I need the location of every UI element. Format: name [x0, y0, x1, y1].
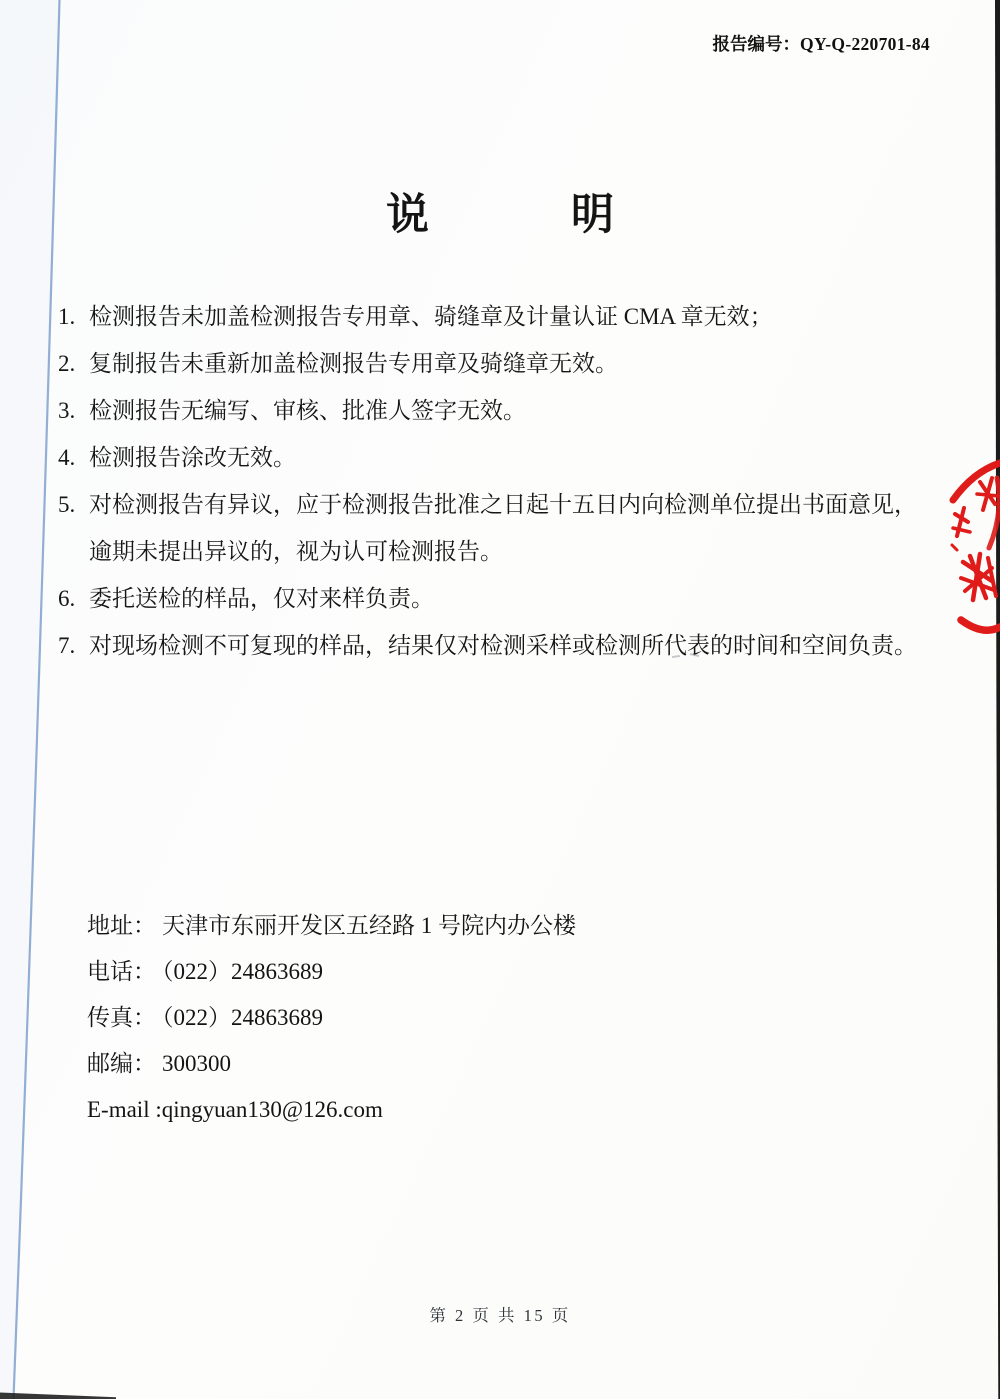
address-label: 地址： [87, 913, 156, 938]
fax-label: 传真： [87, 1005, 156, 1030]
address-value: 天津市东丽开发区五经路 1 号院内办公楼 [162, 913, 576, 938]
phone-label: 电话： [87, 959, 156, 984]
notice-number: 3. [58, 387, 89, 434]
report-number-label: 报告编号： [713, 34, 801, 54]
stamp-character-fragment [961, 554, 996, 600]
notice-text: 复制报告未重新加盖检测报告专用章及骑缝章无效。 [89, 340, 926, 387]
notice-number: 7. [58, 622, 89, 669]
red-seal-stamp [952, 463, 1000, 630]
notice-text: 委托送检的样品，仅对来样负责。 [89, 575, 926, 622]
report-number-value: QY-Q-220701-84 [800, 34, 930, 54]
phone-value: （022）24863689 [162, 959, 323, 984]
report-number: 报告编号：QY-Q-220701-84 [713, 31, 930, 56]
notice-number: 4. [58, 434, 89, 481]
zip-label: 邮编： [87, 1051, 156, 1076]
zip-value: 300300 [162, 1051, 231, 1076]
notice-item: 3. 检测报告无编写、审核、批准人签字无效。 [58, 387, 926, 434]
scanned-report-page: 报告编号：QY-Q-220701-84 说明 1. 检测报告未加盖检测报告专用章… [0, 0, 1000, 1399]
notice-number: 5. [58, 481, 89, 528]
notice-list: 1. 检测报告未加盖检测报告专用章、骑缝章及计量认证 CMA 章无效； 2. 复… [58, 293, 926, 669]
notice-text: 检测报告涂改无效。 [89, 434, 926, 481]
notice-text: 检测报告未加盖检测报告专用章、骑缝章及计量认证 CMA 章无效； [89, 293, 926, 340]
page-indicator: 第 2 页 共 15 页 [0, 1302, 1000, 1326]
notice-text: 检测报告无编写、审核、批准人签字无效。 [89, 387, 926, 434]
contact-phone: 电话：（022）24863689 [87, 949, 576, 995]
contact-email: E-mail :qingyuan130@126.com [87, 1087, 576, 1133]
notice-text: 对检测报告有异议，应于检测报告批准之日起十五日内向检测单位提出书面意见，逾期未提… [89, 481, 926, 575]
notice-item: 7. 对现场检测不可复现的样品，结果仅对检测采样或检测所代表的时间和空间负责。 [58, 622, 926, 669]
notice-item: 1. 检测报告未加盖检测报告专用章、骑缝章及计量认证 CMA 章无效； [58, 293, 926, 340]
contact-zip: 邮编：300300 [87, 1041, 576, 1087]
notice-item: 5. 对检测报告有异议，应于检测报告批准之日起十五日内向检测单位提出书面意见，逾… [58, 481, 926, 575]
contact-fax: 传真：（022）24863689 [87, 995, 576, 1041]
notice-number: 6. [58, 575, 89, 622]
email-label: E-mail : [87, 1097, 162, 1122]
email-value: qingyuan130@126.com [162, 1097, 383, 1122]
notice-number: 2. [58, 340, 89, 387]
notice-item: 2. 复制报告未重新加盖检测报告专用章及骑缝章无效。 [58, 340, 926, 387]
page-title: 说明 [0, 181, 1000, 242]
notice-item: 4. 检测报告涂改无效。 [58, 434, 926, 481]
contact-address: 地址：天津市东丽开发区五经路 1 号院内办公楼 [87, 903, 576, 949]
notice-text: 对现场检测不可复现的样品，结果仅对检测采样或检测所代表的时间和空间负责。 [89, 622, 926, 669]
notice-item: 6. 委托送检的样品，仅对来样负责。 [58, 575, 926, 622]
notice-number: 1. [58, 293, 89, 340]
bottom-scan-edge [0, 1393, 116, 1399]
fax-value: （022）24863689 [162, 1005, 323, 1030]
stamp-character-fragment [952, 478, 999, 550]
contact-block: 地址：天津市东丽开发区五经路 1 号院内办公楼 电话：（022）24863689… [87, 903, 576, 1133]
